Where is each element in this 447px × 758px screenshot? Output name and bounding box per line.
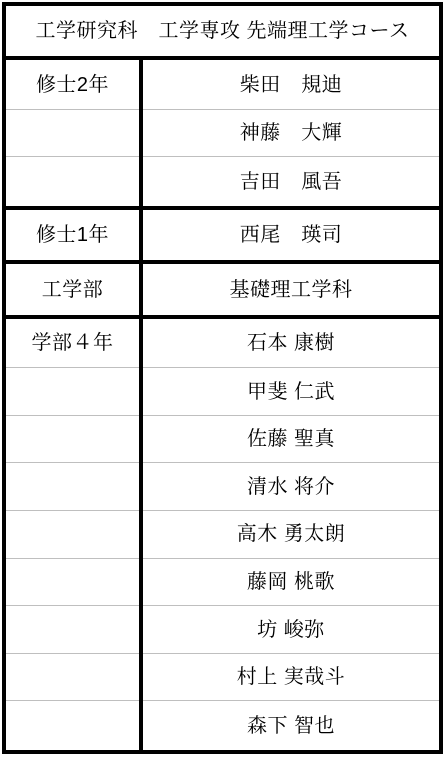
table-row: 森下 智也 [4, 701, 441, 752]
member-name: 藤岡 桃歌 [141, 558, 441, 606]
year-label-empty [4, 463, 141, 511]
table-row: 藤岡 桃歌 [4, 558, 441, 606]
table-row: 坊 峻弥 [4, 606, 441, 654]
year-label-empty [4, 109, 141, 157]
member-roster-page: 工学研究科 工学専攻 先端理工学コース 修士2年 柴田 規迪 神藤 大輝 吉田 … [0, 0, 447, 758]
year-label-empty [4, 701, 141, 752]
table-row: 吉田 風吾 [4, 157, 441, 208]
member-name: 甲斐 仁武 [141, 368, 441, 416]
year-label-masters1: 修士1年 [4, 208, 141, 262]
member-name: 清水 将介 [141, 463, 441, 511]
member-name: 西尾 瑛司 [141, 208, 441, 262]
table-row: 修士1年 西尾 瑛司 [4, 208, 441, 262]
table-row: 清水 将介 [4, 463, 441, 511]
member-name: 高木 勇太朗 [141, 511, 441, 559]
member-name: 村上 実哉斗 [141, 653, 441, 701]
table-row: 修士2年 柴田 規迪 [4, 58, 441, 109]
year-label-empty [4, 415, 141, 463]
year-label-empty [4, 368, 141, 416]
member-name: 佐藤 聖真 [141, 415, 441, 463]
year-label-undergrad4: 学部４年 [4, 317, 141, 368]
table-row: 村上 実哉斗 [4, 653, 441, 701]
table-row: 神藤 大輝 [4, 109, 441, 157]
year-label-empty [4, 157, 141, 208]
member-name: 石本 康樹 [141, 317, 441, 368]
table-row: 甲斐 仁武 [4, 368, 441, 416]
member-name: 吉田 風吾 [141, 157, 441, 208]
table-row-header: 工学研究科 工学専攻 先端理工学コース [4, 4, 441, 58]
table-row: 工学部 基礎理工学科 [4, 262, 441, 316]
member-name: 神藤 大輝 [141, 109, 441, 157]
member-name: 森下 智也 [141, 701, 441, 752]
member-roster-table: 工学研究科 工学専攻 先端理工学コース 修士2年 柴田 規迪 神藤 大輝 吉田 … [2, 2, 443, 754]
year-label-empty [4, 511, 141, 559]
year-label-masters2: 修士2年 [4, 58, 141, 109]
year-label-empty [4, 606, 141, 654]
table-row: 佐藤 聖真 [4, 415, 441, 463]
course-title: 工学研究科 工学専攻 先端理工学コース [4, 4, 441, 58]
table-row: 高木 勇太朗 [4, 511, 441, 559]
table-row: 学部４年 石本 康樹 [4, 317, 441, 368]
faculty-label: 工学部 [4, 262, 141, 316]
member-name: 柴田 規迪 [141, 58, 441, 109]
year-label-empty [4, 558, 141, 606]
year-label-empty [4, 653, 141, 701]
department-name: 基礎理工学科 [141, 262, 441, 316]
member-name: 坊 峻弥 [141, 606, 441, 654]
